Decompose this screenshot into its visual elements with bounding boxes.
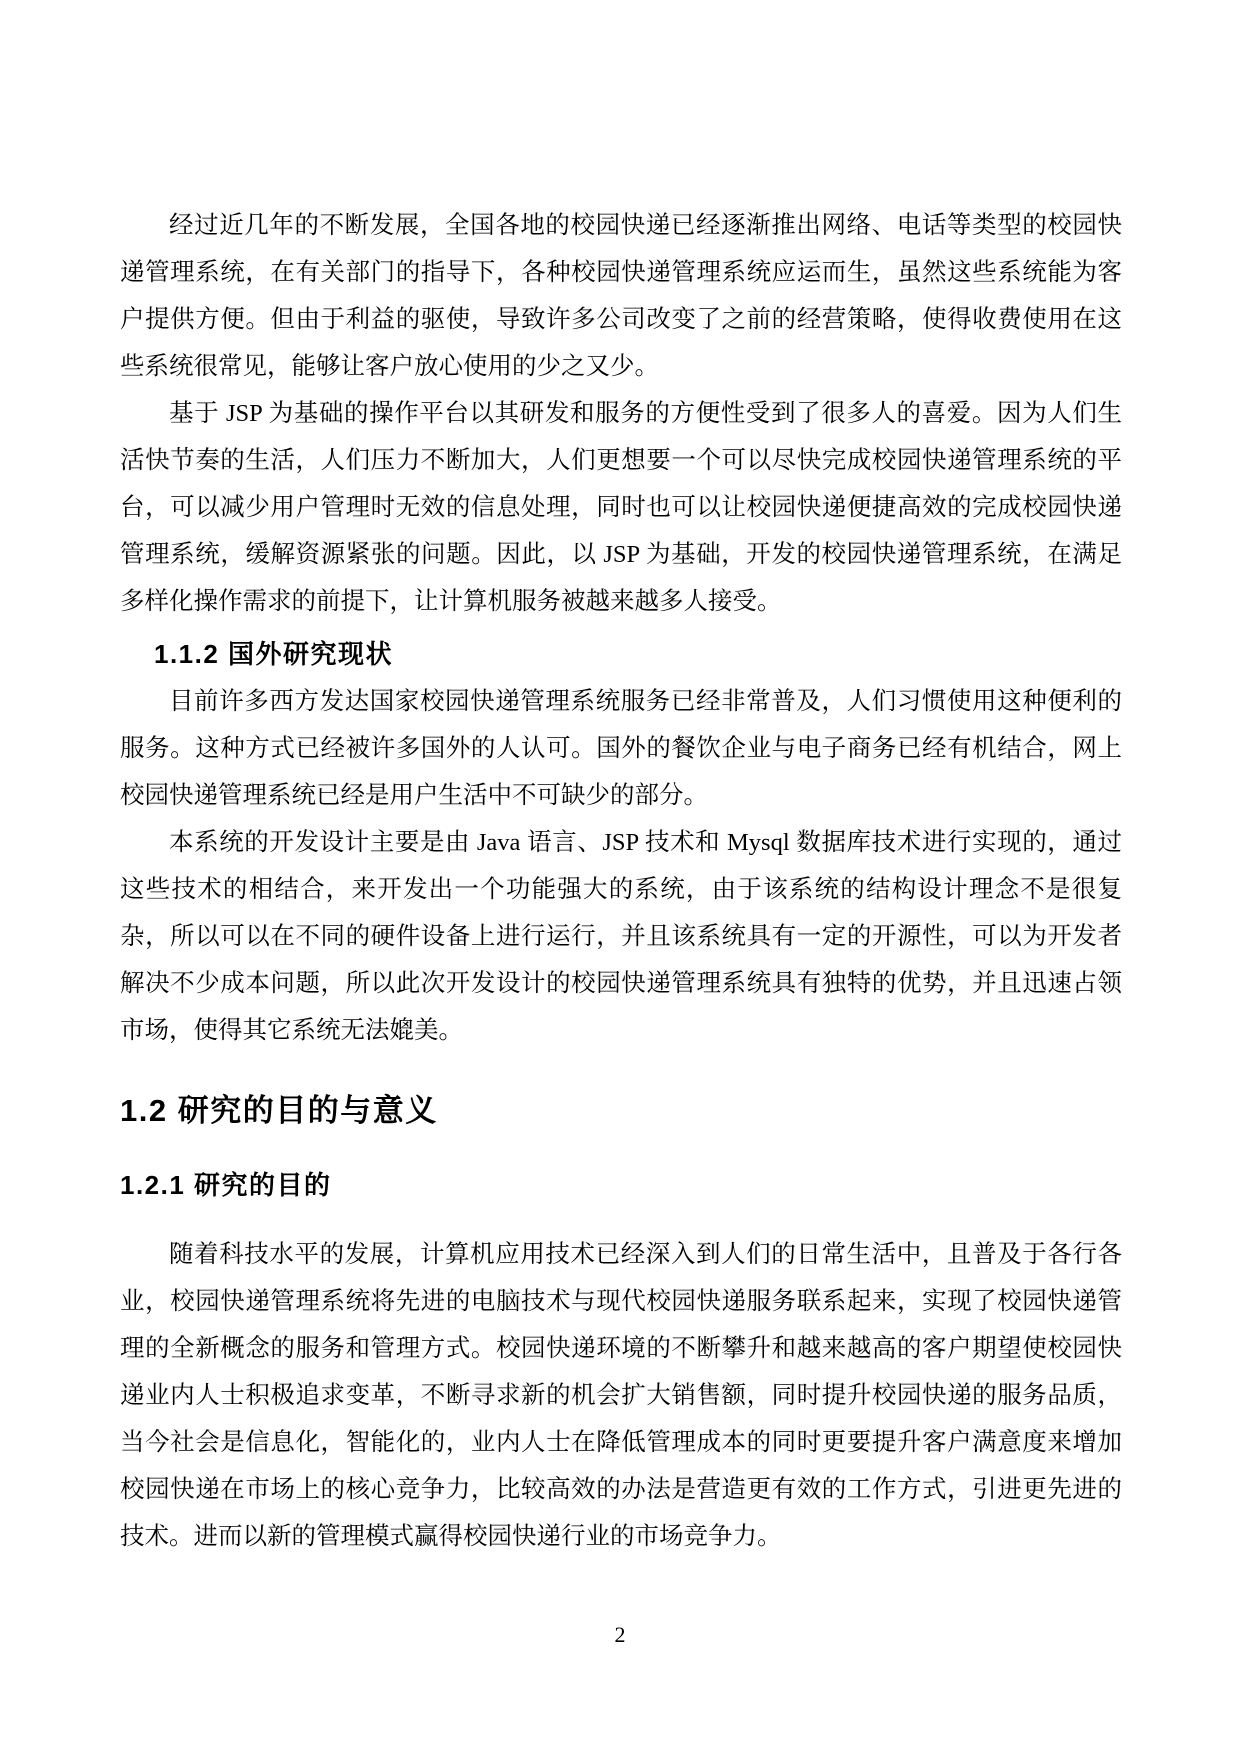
paragraph-foreign-adoption: 目前许多西方发达国家校园快递管理系统服务已经非常普及，人们习惯使用这种便利的服务… bbox=[120, 678, 1122, 819]
paragraph-domestic-development: 经过近几年的不断发展，全国各地的校园快递已经逐渐推出网络、电话等类型的校园快递管… bbox=[120, 202, 1122, 390]
paragraph-research-purpose-body: 随着科技水平的发展，计算机应用技术已经深入到人们的日常生活中，且普及于各行各业，… bbox=[120, 1231, 1122, 1560]
page-number: 2 bbox=[0, 1620, 1240, 1650]
section-heading-1-2-1-research-purpose: 1.2.1 研究的目的 bbox=[120, 1162, 1122, 1209]
section-heading-1-1-2-foreign-research-status: 1.1.2 国外研究现状 bbox=[120, 631, 1122, 678]
paragraph-system-technologies: 本系统的开发设计主要是由 Java 语言、JSP 技术和 Mysql 数据库技术… bbox=[120, 819, 1122, 1054]
document-body: 经过近几年的不断发展，全国各地的校园快递已经逐渐推出网络、电话等类型的校园快递管… bbox=[120, 202, 1122, 1560]
paragraph-jsp-platform: 基于 JSP 为基础的操作平台以其研发和服务的方便性受到了很多人的喜爱。因为人们… bbox=[120, 390, 1122, 625]
document-page: 经过近几年的不断发展，全国各地的校园快递已经逐渐推出网络、电话等类型的校园快递管… bbox=[0, 0, 1240, 1754]
section-heading-1-2-purpose-and-significance: 1.2 研究的目的与意义 bbox=[120, 1087, 1122, 1134]
